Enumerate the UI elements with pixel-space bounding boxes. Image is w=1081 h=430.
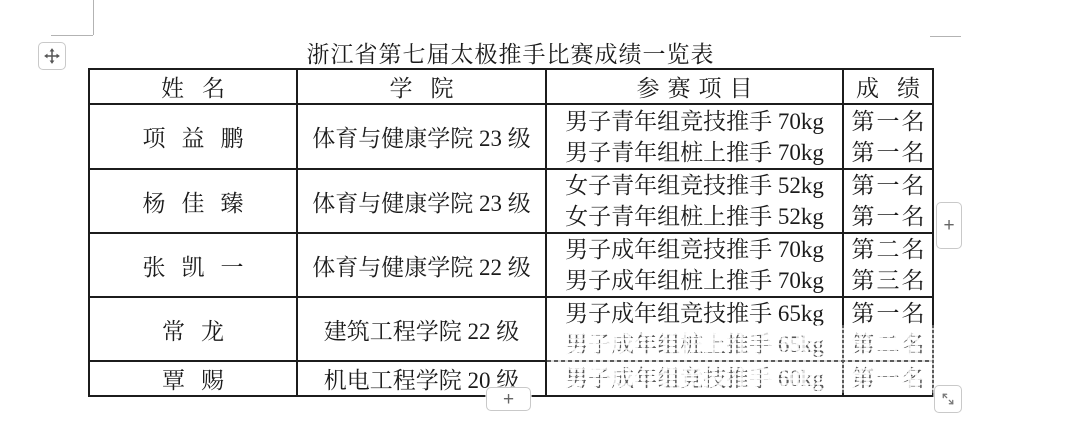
event-line: 男子成年组竞技推手 70kg bbox=[547, 234, 842, 265]
results-table-wrapper: 姓名 学院 参赛项目 成绩 项益鹏 体育与健康学院 23 级 男子青年组竞技推手… bbox=[88, 68, 934, 397]
result-line: 第一名 bbox=[844, 298, 933, 329]
result-line: 第一名 bbox=[844, 201, 933, 232]
add-row-button[interactable]: + bbox=[486, 387, 531, 411]
college-name: 体育与健康学院 23 级 bbox=[312, 126, 531, 151]
table-row: 项益鹏 体育与健康学院 23 级 男子青年组竞技推手 70kg 男子青年组桩上推… bbox=[89, 104, 933, 169]
add-column-button[interactable]: + bbox=[936, 202, 962, 249]
cell-name[interactable]: 覃赐 bbox=[89, 361, 297, 396]
page-corner-mark-right-horizontal bbox=[930, 36, 961, 37]
header-event[interactable]: 参赛项目 bbox=[546, 69, 843, 104]
header-name-label: 姓名 bbox=[161, 76, 243, 101]
cell-name[interactable]: 常龙 bbox=[89, 297, 297, 361]
cell-name[interactable]: 杨佳臻 bbox=[89, 169, 297, 233]
header-name[interactable]: 姓名 bbox=[89, 69, 297, 104]
table-row: 常龙 建筑工程学院 22 级 男子成年组竞技推手 65kg 男子成年组桩上推手 … bbox=[89, 297, 933, 361]
event-line: 女子青年组竞技推手 52kg bbox=[547, 170, 842, 201]
table-row: 张凯一 体育与健康学院 22 级 男子成年组竞技推手 70kg 男子成年组桩上推… bbox=[89, 233, 933, 297]
athlete-name: 杨佳臻 bbox=[143, 191, 260, 216]
cell-results[interactable]: 第一名 第二名 bbox=[843, 297, 933, 361]
event-line: 女子青年组桩上推手 52kg bbox=[547, 201, 842, 232]
event-line: 男子成年组竞技推手 60kg bbox=[547, 363, 842, 394]
result-line: 第一名 bbox=[844, 106, 933, 137]
document-title: 浙江省第七届太极推手比赛成绩一览表 bbox=[88, 36, 933, 69]
college-name: 体育与健康学院 23 级 bbox=[312, 191, 531, 216]
result-line: 第一名 bbox=[844, 170, 933, 201]
diagonal-resize-icon bbox=[939, 390, 957, 408]
header-college[interactable]: 学院 bbox=[297, 69, 546, 104]
table-move-handle[interactable] bbox=[38, 42, 66, 70]
cell-college[interactable]: 体育与健康学院 22 级 bbox=[297, 233, 546, 297]
results-table: 姓名 学院 参赛项目 成绩 项益鹏 体育与健康学院 23 级 男子青年组竞技推手… bbox=[88, 68, 934, 397]
cell-name[interactable]: 张凯一 bbox=[89, 233, 297, 297]
table-resize-handle[interactable] bbox=[934, 385, 962, 413]
header-event-label: 参赛项目 bbox=[637, 76, 761, 101]
result-line: 第三名 bbox=[844, 265, 933, 296]
table-header-row: 姓名 学院 参赛项目 成绩 bbox=[89, 69, 933, 104]
cell-events[interactable]: 男子成年组竞技推手 70kg 男子成年组桩上推手 70kg bbox=[546, 233, 843, 297]
athlete-name: 张凯一 bbox=[143, 255, 260, 280]
header-result-label: 成绩 bbox=[856, 76, 933, 101]
result-line: 第一名 bbox=[844, 137, 933, 168]
event-line: 男子青年组桩上推手 70kg bbox=[547, 137, 842, 168]
cell-results[interactable]: 第一名 bbox=[843, 361, 933, 396]
cell-results[interactable]: 第二名 第三名 bbox=[843, 233, 933, 297]
cell-college[interactable]: 体育与健康学院 23 级 bbox=[297, 104, 546, 169]
cell-college[interactable]: 体育与健康学院 23 级 bbox=[297, 169, 546, 233]
cell-events[interactable]: 男子成年组竞技推手 60kg bbox=[546, 361, 843, 396]
plus-icon: + bbox=[943, 216, 954, 235]
result-line: 第一名 bbox=[844, 363, 933, 394]
cell-events[interactable]: 女子青年组竞技推手 52kg 女子青年组桩上推手 52kg bbox=[546, 169, 843, 233]
page-corner-mark-left-vertical bbox=[93, 0, 94, 35]
table-row: 杨佳臻 体育与健康学院 23 级 女子青年组竞技推手 52kg 女子青年组桩上推… bbox=[89, 169, 933, 233]
plus-icon: + bbox=[503, 390, 514, 409]
result-line: 第二名 bbox=[844, 329, 933, 360]
cell-results[interactable]: 第一名 第一名 bbox=[843, 169, 933, 233]
event-line: 男子成年组竞技推手 65kg bbox=[547, 298, 842, 329]
cell-results[interactable]: 第一名 第一名 bbox=[843, 104, 933, 169]
move-cross-icon bbox=[43, 47, 61, 65]
event-line: 男子成年组桩上推手 65kg bbox=[547, 329, 842, 360]
cell-college[interactable]: 建筑工程学院 22 级 bbox=[297, 297, 546, 361]
event-line: 男子成年组桩上推手 70kg bbox=[547, 265, 842, 296]
college-name: 建筑工程学院 22 级 bbox=[324, 319, 520, 344]
result-line: 第二名 bbox=[844, 234, 933, 265]
event-line: 男子青年组竞技推手 70kg bbox=[547, 106, 842, 137]
header-college-label: 学院 bbox=[390, 76, 472, 101]
athlete-name: 覃赐 bbox=[162, 368, 240, 393]
college-name: 体育与健康学院 22 级 bbox=[312, 255, 531, 280]
cell-name[interactable]: 项益鹏 bbox=[89, 104, 297, 169]
athlete-name: 常龙 bbox=[162, 319, 240, 344]
page-corner-mark-left-horizontal bbox=[51, 35, 93, 36]
cell-events[interactable]: 男子成年组竞技推手 65kg 男子成年组桩上推手 65kg bbox=[546, 297, 843, 361]
header-result[interactable]: 成绩 bbox=[843, 69, 933, 104]
document-page: 浙江省第七届太极推手比赛成绩一览表 姓名 学院 参赛项目 成绩 项益鹏 体育与健… bbox=[0, 0, 1081, 430]
cell-events[interactable]: 男子青年组竞技推手 70kg 男子青年组桩上推手 70kg bbox=[546, 104, 843, 169]
athlete-name: 项益鹏 bbox=[143, 126, 260, 151]
